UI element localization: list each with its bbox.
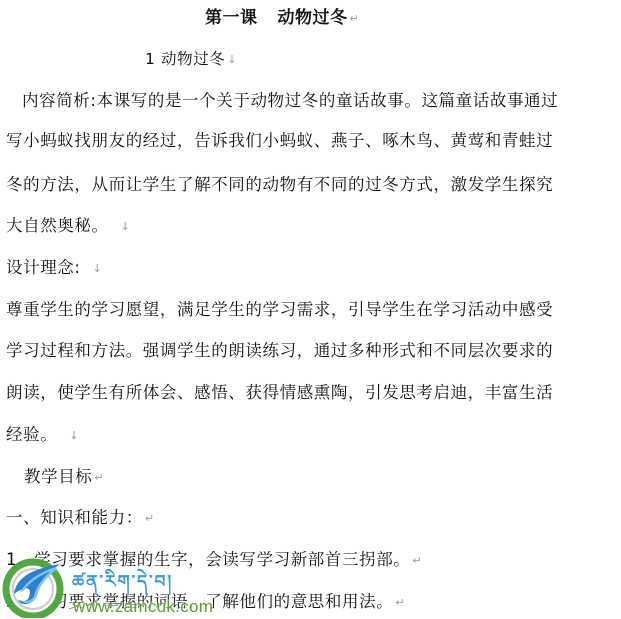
paragraph-mark-icon: ↵ [412,554,422,567]
design-line-end: 经验。↓ [6,425,79,446]
section1-heading: 一、知识和能力：↵ [6,508,155,529]
line-break-mark-icon: ↓ [121,220,131,233]
summary-line-end: 大自然奥秘。↓ [6,216,130,237]
paragraph-mark-icon: ↵ [395,596,405,609]
design-heading: 设计理念:↓ [6,258,102,279]
design-line: 尊重学生的学习愿望，满足学生的学习需求，引导学生在学习活动中感受 [6,300,553,320]
paragraph-mark-icon: ↵ [145,512,155,525]
design-line: 学习过程和方法。强调学生的朗读练习，通过多种形式和不同层次要求的 [6,341,553,361]
lesson-number: 第一课 [205,8,258,28]
lesson-subtitle: 1 动物过冬↓ [145,49,237,70]
lesson-name: 动物过冬 [278,8,348,28]
document-page: 第一课动物过冬↵ 1 动物过冬↓ 内容简析:本课写的是一个关于动物过冬的童话故事… [0,0,621,619]
summary-line: 写小蚂蚁找朋友的经过，告诉我们小蚂蚁、燕子、啄木鸟、黄莺和青蛙过 [6,131,553,151]
summary-line: 冬的方法，从而让学生了解不同的动物有不同的过冬方式，激发学生探究 [6,175,553,195]
site-watermark: ཚན་རིག་དེ་བ། www.zamcuk.com [0,552,240,619]
design-line: 朗读，使学生有所体会、感悟、获得情感熏陶，引发思考启迪，丰富生活 [6,383,553,403]
goals-heading: 教学目标↵ [24,467,104,488]
paragraph-mark-icon: ↵ [94,471,104,484]
line-break-mark-icon: ↓ [69,429,79,442]
paragraph-mark-icon: ↵ [350,12,360,25]
summary-line: 内容简析:本课写的是一个关于动物过冬的童话故事。这篇童话故事通过 [22,91,558,111]
line-break-mark-icon: ↓ [227,53,237,66]
lesson-title: 第一课动物过冬↵ [205,8,359,29]
site-logo-icon [2,556,64,618]
line-break-mark-icon: ↓ [93,262,103,275]
watermark-url: www.zamcuk.com [73,597,213,617]
